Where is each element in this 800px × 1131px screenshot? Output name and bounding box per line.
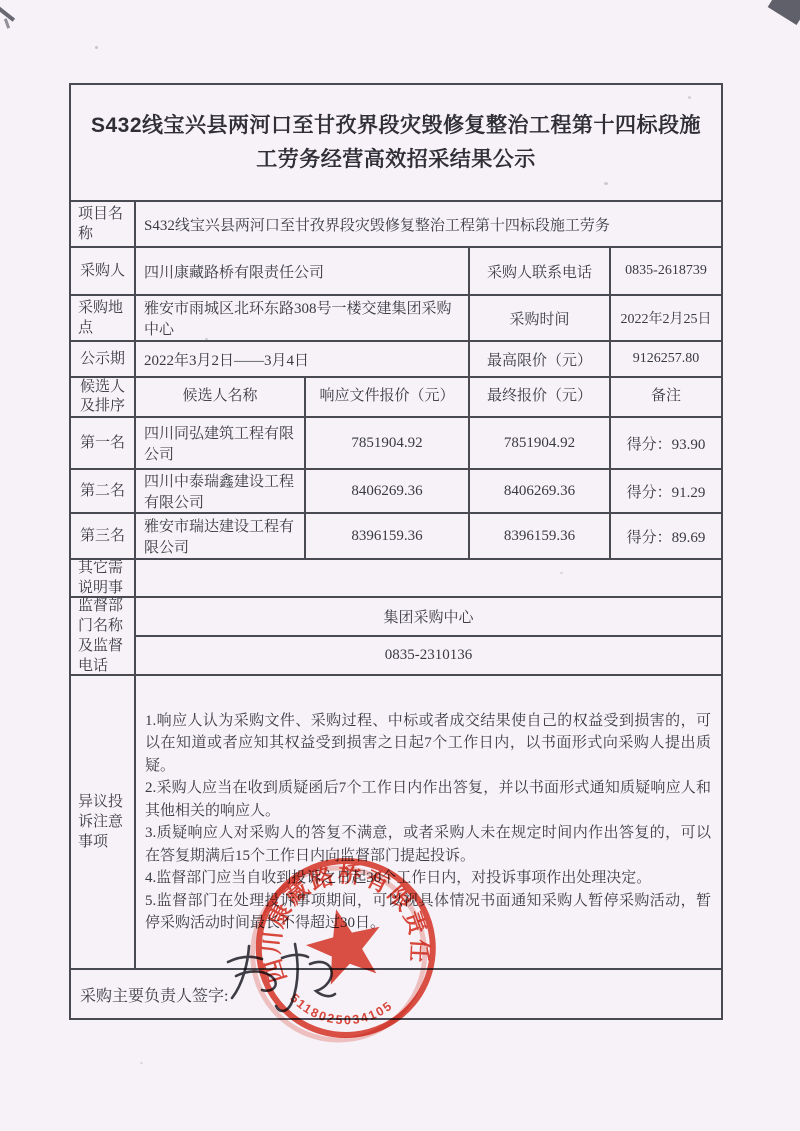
candidate-row-2: 第二名 四川中泰瑞鑫建设工程有限公司 8406269.36 8406269.36… xyxy=(71,468,721,512)
dispute-items: 1.响应人认为采购文件、采购过程、中标或者成交结果使自己的权益受到损害的，可以在… xyxy=(134,676,721,968)
scanned-announcement-page: S432线宝兴县两河口至甘孜界段灾毁修复整治工程第十四标段施工劳务经营高效招采结… xyxy=(0,0,800,1131)
header-rank: 候选人及排序 xyxy=(71,378,134,416)
candidate-name: 雅安市瑞达建设工程有限公司 xyxy=(134,514,304,558)
purchase-time-label: 采购时间 xyxy=(468,296,609,340)
scan-artifact xyxy=(0,6,15,21)
candidates-header-row: 候选人及排序 候选人名称 响应文件报价（元） 最终报价（元） 备注 xyxy=(71,376,721,416)
candidate-row-3: 第三名 雅安市瑞达建设工程有限公司 8396159.36 8396159.36 … xyxy=(71,512,721,558)
purchaser-label: 采购人 xyxy=(71,248,134,294)
dispute-item-3: 3.质疑响应人对采购人的答复不满意，或者采购人未在规定时间内作出答复的，可以在答… xyxy=(145,822,711,867)
signature-row: 采购主要负责人签字: xyxy=(71,968,721,1018)
candidate-remark: 得分：89.69 xyxy=(609,514,721,558)
header-remark: 备注 xyxy=(609,378,721,416)
location-label: 采购地点 xyxy=(71,296,134,340)
candidate-row-1: 第一名 四川同弘建筑工程有限公司 7851904.92 7851904.92 得… xyxy=(71,416,721,468)
header-final-bid: 最终报价（元） xyxy=(468,378,609,416)
purchaser-phone-label: 采购人联系电话 xyxy=(468,248,609,294)
candidate-bid: 8406269.36 xyxy=(304,470,468,512)
candidate-name: 四川中泰瑞鑫建设工程有限公司 xyxy=(134,470,304,512)
dispute-item-5: 5.监督部门在处理投诉事项期间，可以视具体情况书面通知采购人暂停采购活动，暂停采… xyxy=(145,890,711,935)
candidate-final-bid: 8396159.36 xyxy=(468,514,609,558)
purchase-time-value: 2022年2月25日 xyxy=(609,296,721,340)
candidate-rank: 第一名 xyxy=(71,418,134,468)
scan-artifact xyxy=(4,18,10,28)
other-notes-label: 其它需说明事 xyxy=(71,560,134,596)
publicity-label: 公示期 xyxy=(71,342,134,376)
header-response-bid: 响应文件报价（元） xyxy=(304,378,468,416)
candidate-bid: 8396159.36 xyxy=(304,514,468,558)
document-title: S432线宝兴县两河口至甘孜界段灾毁修复整治工程第十四标段施工劳务经营高效招采结… xyxy=(71,109,721,176)
dispute-label: 异议投诉注意事项 xyxy=(71,676,134,968)
candidate-remark: 得分：93.90 xyxy=(609,418,721,468)
scan-artifact xyxy=(768,0,800,25)
supervision-values: 集团采购中心 0835-2310136 xyxy=(134,598,721,674)
project-name-row: 项目名称 S432线宝兴县两河口至甘孜界段灾毁修复整治工程第十四标段施工劳务 xyxy=(71,200,721,246)
other-notes-row: 其它需说明事 xyxy=(71,558,721,596)
project-name-label: 项目名称 xyxy=(71,202,134,246)
candidate-final-bid: 7851904.92 xyxy=(468,418,609,468)
max-price-label: 最高限价（元） xyxy=(468,342,609,376)
supervision-row: 监督部门名称及监督电话 集团采购中心 0835-2310136 xyxy=(71,596,721,674)
scan-speck xyxy=(140,1062,143,1064)
candidate-remark: 得分：91.29 xyxy=(609,470,721,512)
publicity-value: 2022年3月2日——3月4日 xyxy=(134,342,468,376)
purchaser-value: 四川康藏路桥有限责任公司 xyxy=(134,248,468,294)
result-announcement-table: S432线宝兴县两河口至甘孜界段灾毁修复整治工程第十四标段施工劳务经营高效招采结… xyxy=(69,83,723,1020)
signature-label: 采购主要负责人签字: xyxy=(71,970,721,1018)
dispute-item-2: 2.采购人应当在收到质疑函后7个工作日内作出答复，并以书面形式通知质疑响应人和其… xyxy=(145,777,711,822)
title-row: S432线宝兴县两河口至甘孜界段灾毁修复整治工程第十四标段施工劳务经营高效招采结… xyxy=(71,85,721,200)
project-name-value: S432线宝兴县两河口至甘孜界段灾毁修复整治工程第十四标段施工劳务 xyxy=(134,202,721,246)
dispute-notice-row: 异议投诉注意事项 1.响应人认为采购文件、采购过程、中标或者成交结果使自己的权益… xyxy=(71,674,721,968)
other-notes-value xyxy=(134,560,721,596)
purchaser-row: 采购人 四川康藏路桥有限责任公司 采购人联系电话 0835-2618739 xyxy=(71,246,721,294)
dispute-item-1: 1.响应人认为采购文件、采购过程、中标或者成交结果使自己的权益受到损害的，可以在… xyxy=(145,710,711,778)
supervision-label: 监督部门名称及监督电话 xyxy=(71,598,134,674)
supervision-center: 集团采购中心 xyxy=(136,598,721,635)
purchaser-phone-value: 0835-2618739 xyxy=(609,248,721,294)
candidate-rank: 第二名 xyxy=(71,470,134,512)
candidate-final-bid: 8406269.36 xyxy=(468,470,609,512)
supervision-phone: 0835-2310136 xyxy=(136,635,721,674)
location-value: 雅安市雨城区北环东路308号一楼交建集团采购中心 xyxy=(134,296,468,340)
candidate-bid: 7851904.92 xyxy=(304,418,468,468)
scan-speck xyxy=(95,46,98,49)
max-price-value: 9126257.80 xyxy=(609,342,721,376)
publicity-period-row: 公示期 2022年3月2日——3月4日 最高限价（元） 9126257.80 xyxy=(71,340,721,376)
candidate-name: 四川同弘建筑工程有限公司 xyxy=(134,418,304,468)
dispute-item-4: 4.监督部门应当自收到投诉之日起30个工作日内，对投诉事项作出处理决定。 xyxy=(145,867,711,890)
candidate-rank: 第三名 xyxy=(71,514,134,558)
purchase-location-row: 采购地点 雅安市雨城区北环东路308号一楼交建集团采购中心 采购时间 2022年… xyxy=(71,294,721,340)
header-candidate-name: 候选人名称 xyxy=(134,378,304,416)
